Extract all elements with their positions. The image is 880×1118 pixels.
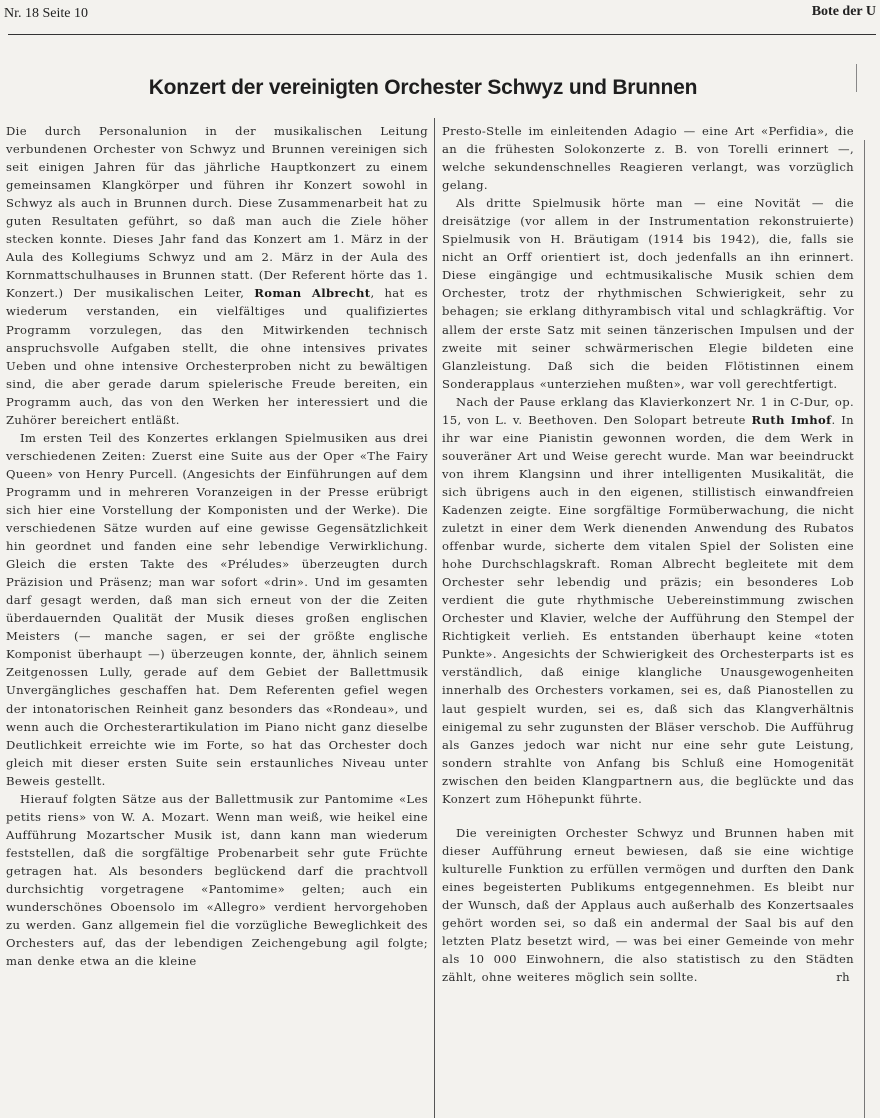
column-divider-right [864, 140, 865, 1118]
conductor-name: Roman Albrecht [254, 286, 370, 300]
paragraph: Die vereinigten Orchester Schwyz und Bru… [442, 824, 854, 986]
header-divider [8, 34, 876, 35]
paragraph: Als dritte Spielmusik hörte man — eine N… [442, 194, 854, 393]
author-signature: rh [822, 968, 850, 986]
paragraph-text: Die vereinigten Orchester Schwyz und Bru… [442, 826, 854, 984]
article-column-left: Die durch Personalunion in der musikalis… [6, 122, 428, 970]
paragraph: Die durch Personalunion in der musikalis… [6, 122, 428, 429]
newspaper-name: Bote der U [812, 4, 876, 20]
issue-page-number: Nr. 18 Seite 10 [4, 6, 88, 22]
paragraph-text: , hat es wiederum verstanden, ein vielfä… [6, 286, 428, 426]
paragraph: Presto-Stelle im einleitenden Adagio — e… [442, 122, 854, 194]
article-column-right: Presto-Stelle im einleitenden Adagio — e… [442, 122, 854, 986]
soloist-name: Ruth Imhof [751, 413, 831, 427]
paragraph-text: Die durch Personalunion in der musikalis… [6, 124, 428, 300]
paragraph: Nach der Pause erklang das Klavierkonzer… [442, 393, 854, 808]
paragraph: Im ersten Teil des Konzertes erklangen S… [6, 429, 428, 790]
article-title: Konzert der vereinigten Orchester Schwyz… [0, 76, 846, 100]
paragraph-text: . In ihr war eine Pianistin gewonnen wor… [442, 413, 854, 806]
column-divider [434, 118, 435, 1118]
paragraph: Hierauf folgten Sätze aus der Ballettmus… [6, 790, 428, 970]
margin-mark [856, 64, 857, 92]
